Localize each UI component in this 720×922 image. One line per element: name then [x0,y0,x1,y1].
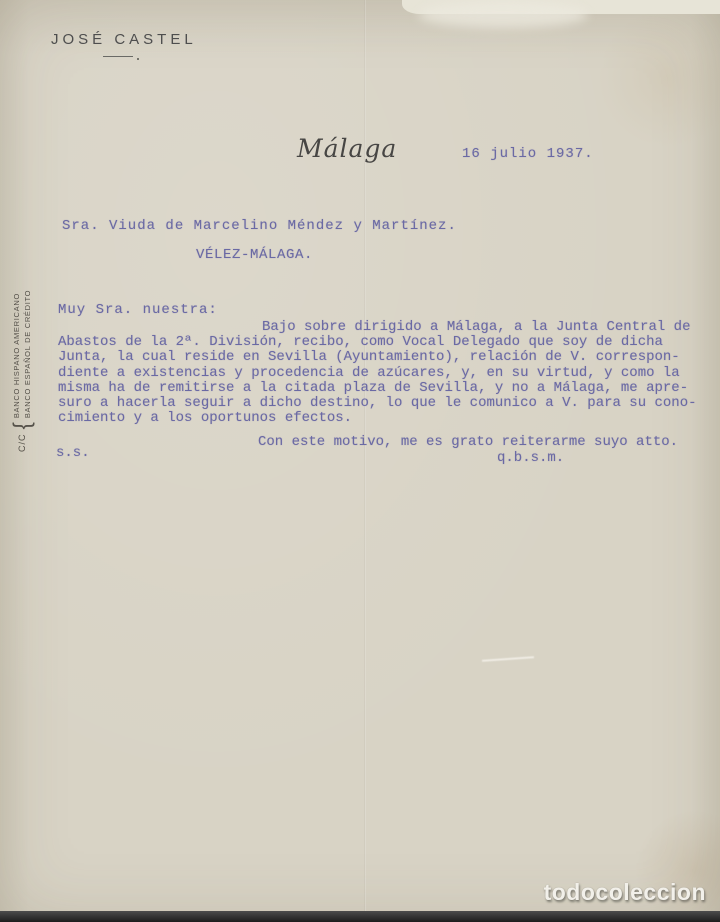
closing-abbrev-qbsm: q.b.s.m. [497,450,564,466]
salutation-line: Muy Sra. nuestra: [58,302,218,318]
bank-account-label: C/C [17,434,27,453]
paper-edge-highlight-blob [418,2,588,28]
dateline-city: Málaga [297,134,397,163]
scan-bottom-bar [0,911,720,922]
letter-body-line: misma ha de remitirse a la citada plaza … [58,381,720,396]
letter-body-line: Junta, la cual reside en Sevilla (Ayunta… [58,350,720,365]
letter-body-line: cimiento y a los oportunos efectos. [58,411,720,426]
paper-scratch [482,656,534,662]
dateline-date: 16 julio 1937. [462,146,594,162]
letter-body-line: Bajo sobre dirigido a Málaga, a la Junta… [58,320,720,335]
bank-brace-glyph: { [10,422,33,429]
letterhead-rule [103,56,133,57]
letter-body-line: diente a existencias y procedencia de az… [58,366,720,381]
closing-abbrev-ss: s.s. [56,445,90,461]
letterhead-dot [137,58,139,60]
letter-body-line: suro a hacerla seguir a dicho destino, l… [58,396,720,411]
bank-name-line: BANCO HISPANO AMERICANO [12,290,21,418]
recipient-city-line: VÉLEZ-MÁLAGA. [196,247,313,263]
bank-name-line: BANCO ESPAÑOL DE CRÉDITO [23,290,32,418]
letter-body: Bajo sobre dirigido a Málaga, a la Junta… [58,320,720,426]
scanned-letter-page: JOSÉ CASTEL C/C { BANCO HISPANO AMERICAN… [0,0,720,922]
closing-courtesy-line: Con este motivo, me es grato reiterarme … [258,434,678,450]
letterhead-name: JOSÉ CASTEL [51,31,197,48]
recipient-name-line: Sra. Viuda de Marcelino Méndez y Martíne… [62,218,457,234]
bank-note-vertical: C/C { BANCO HISPANO AMERICANO BANCO ESPA… [2,232,42,452]
todocoleccion-watermark: todocoleccion [544,879,706,906]
